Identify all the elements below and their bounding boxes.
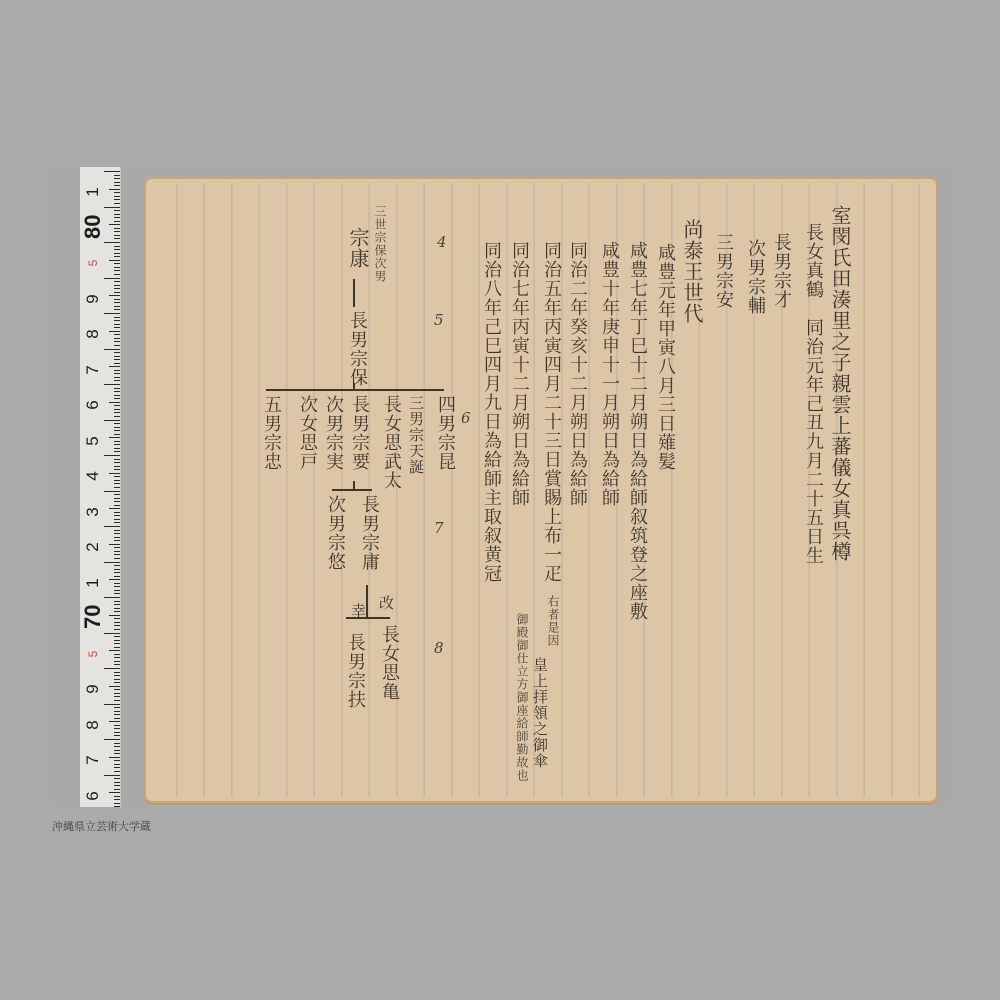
- ruler-tick: [114, 356, 120, 357]
- ruler-label: 5: [84, 430, 102, 452]
- ruler-label: 4: [84, 465, 102, 487]
- ruler-tick: [114, 643, 120, 644]
- ruler-tick: [114, 533, 120, 534]
- ruler-tick: [114, 285, 120, 286]
- genealogy-child: 長男宗要: [346, 395, 372, 471]
- genealogy-son: 長男宗保: [344, 311, 370, 387]
- ruler-label: 7: [84, 359, 102, 381]
- ruler-tick: [114, 444, 120, 445]
- genealogy-child: 次女思戸: [294, 395, 320, 471]
- tree-line: [353, 383, 355, 391]
- ruler-tick: [114, 799, 120, 800]
- ruler-tick: [114, 334, 120, 335]
- ruler-tick: [114, 228, 120, 229]
- ruler-tick: [114, 430, 120, 431]
- ruler-tick: [104, 562, 120, 563]
- ruler-tick: [114, 711, 120, 712]
- ruler-tick: [114, 391, 120, 392]
- ruler-tick: [114, 522, 120, 523]
- ruler-tick: [109, 721, 120, 722]
- ruler-tick: [114, 235, 120, 236]
- ruler-label: 5: [84, 252, 102, 274]
- ruler-tick: [114, 306, 120, 307]
- ruler-tick: [114, 750, 120, 751]
- document-photo: 18059876543217059876 室閔氏田湊里之子親雲上蕃儀女真呉樽 長…: [50, 167, 950, 807]
- tree-line: [266, 389, 444, 391]
- ruler-tick: [114, 462, 120, 463]
- text-column: 長女真鶴 同治元年己丑九月二十五日生: [800, 223, 826, 565]
- tree-line: [332, 489, 372, 491]
- ruler-tick: [104, 491, 120, 492]
- ruler-tick: [114, 341, 120, 342]
- ruler-tick: [114, 448, 120, 449]
- ruler-tick: [104, 739, 120, 740]
- ruler-tick: [114, 657, 120, 658]
- text-column-content: 長女真鶴 同治元年己丑九月二十五日生: [803, 223, 824, 565]
- ruler-tick: [114, 185, 120, 186]
- ruler-tick: [114, 576, 120, 577]
- ruler-tick: [114, 707, 120, 708]
- ruler-tick: [114, 427, 120, 428]
- ruler-tick: [114, 647, 120, 648]
- ruler-tick: [114, 728, 120, 729]
- ruler-tick: [114, 409, 120, 410]
- ruler-tick: [109, 260, 120, 261]
- text-column: 同治二年癸亥十二月朔日為給師: [564, 241, 590, 507]
- ruler-tick: [109, 224, 120, 225]
- ruled-page: 室閔氏田湊里之子親雲上蕃儀女真呉樽 長女真鶴 同治元年己丑九月二十五日生 長男宗…: [150, 183, 932, 797]
- collection-caption: 沖縄県立芸術大学蔵: [52, 818, 151, 834]
- rename-note: 改: [376, 595, 397, 611]
- ruler-tick: [114, 629, 120, 630]
- ruler-tick: [114, 199, 120, 200]
- ruler-tick: [114, 654, 120, 655]
- page-number: 5: [434, 311, 444, 329]
- ruler-tick: [114, 640, 120, 641]
- ruler-label: 2: [84, 536, 102, 558]
- ruler-tick: [114, 459, 120, 460]
- ruler-tick: [114, 586, 120, 587]
- text-column: 同治八年己巳四月九日為給師主取叙黄冠: [478, 241, 504, 583]
- ruler-tick: [114, 292, 120, 293]
- ruler-tick: [114, 253, 120, 254]
- ruler-label: 5: [84, 643, 102, 665]
- ruler-tick: [114, 679, 120, 680]
- ruler-tick: [114, 796, 120, 797]
- ruler-tick: [114, 554, 120, 555]
- ruler-tick: [109, 650, 120, 651]
- ruler-tick: [104, 313, 120, 314]
- genealogy-root: 宗康: [344, 227, 373, 269]
- ruler-tick: [114, 604, 120, 605]
- ruler-tick: [114, 746, 120, 747]
- ruler-tick: [114, 423, 120, 424]
- ruler-tick: [114, 675, 120, 676]
- ruler-tick: [114, 764, 120, 765]
- ruler-tick: [109, 757, 120, 758]
- genealogy-child: 長女思武太: [378, 395, 404, 490]
- ruler-tick: [114, 806, 120, 807]
- ruler-tick: [114, 363, 120, 364]
- ruler-label: 1: [84, 181, 102, 203]
- ruler-tick: [114, 370, 120, 371]
- ruler-tick: [104, 242, 120, 243]
- ruler-tick: [114, 782, 120, 783]
- ruler-tick: [114, 476, 120, 477]
- ruler-tick: [114, 246, 120, 247]
- ruler-tick: [114, 512, 120, 513]
- ruler-label: 8: [84, 323, 102, 345]
- ruler-tick: [104, 455, 120, 456]
- ruler-tick: [114, 281, 120, 282]
- ruler-tick: [114, 373, 120, 374]
- ruler-tick: [114, 267, 120, 268]
- ruler-tick: [109, 579, 120, 580]
- ruler-tick: [114, 324, 120, 325]
- text-column: 次男宗輔: [742, 239, 768, 315]
- ruler-tick: [114, 803, 120, 804]
- ruler-tick: [114, 593, 120, 594]
- note-column: 右者是因: [545, 595, 562, 647]
- ruler-tick: [114, 192, 120, 193]
- page-number: 8: [434, 639, 444, 657]
- ruler-tick: [114, 735, 120, 736]
- ruler-tick: [109, 189, 120, 190]
- ruler-tick: [109, 544, 120, 545]
- ruler-tick: [114, 530, 120, 531]
- ruler-tick: [114, 501, 120, 502]
- note-column: 皇上拝領之御傘: [530, 657, 551, 769]
- ruler-tick: [104, 349, 120, 350]
- ruler-tick: [114, 785, 120, 786]
- ruler-tick: [104, 633, 120, 634]
- ruler-tick: [114, 231, 120, 232]
- text-column: 咸豊元年甲寅八月三日薙髪: [652, 243, 678, 471]
- ruler-tick: [114, 611, 120, 612]
- ruler-tick: [114, 664, 120, 665]
- ruler-label: 9: [84, 678, 102, 700]
- ruler-tick: [114, 572, 120, 573]
- ruler-tick: [114, 608, 120, 609]
- ruler-tick: [114, 256, 120, 257]
- ruler-tick: [109, 402, 120, 403]
- text-column: 同治七年丙寅十二月朔日為給師: [506, 241, 532, 507]
- ruler-tick: [114, 682, 120, 683]
- ruler-tick: [114, 359, 120, 360]
- ruler-tick: [114, 309, 120, 310]
- genealogy-child: 五男宗忠: [258, 395, 284, 471]
- page-number: 7: [434, 519, 444, 537]
- text-column: 同治五年丙寅四月二十三日賞賜上布一疋: [538, 241, 564, 583]
- ruler-tick: [104, 704, 120, 705]
- tree-line: [353, 279, 355, 307]
- ruler-label: 9: [84, 288, 102, 310]
- ruler-label: 7: [84, 749, 102, 771]
- ruler-tick: [114, 441, 120, 442]
- ruler-tick: [114, 771, 120, 772]
- ruler-tick: [109, 437, 120, 438]
- ruler-tick: [109, 366, 120, 367]
- text-column: 咸豊七年丁巳十二月朔日為給師叙筑登之座敷: [624, 241, 650, 621]
- ruler-tick: [109, 473, 120, 474]
- section-heading: 尚泰王世代: [678, 219, 707, 324]
- ruler-tick: [114, 505, 120, 506]
- ruler-tick: [109, 508, 120, 509]
- ruler-tick: [114, 203, 120, 204]
- ruler-tick: [114, 395, 120, 396]
- ruler-tick: [114, 551, 120, 552]
- ruler-tick: [114, 789, 120, 790]
- ruler-tick: [114, 380, 120, 381]
- notebook: 室閔氏田湊里之子親雲上蕃儀女真呉樽 長女真鶴 同治元年己丑九月二十五日生 長男宗…: [144, 177, 938, 803]
- ruler-label: 70: [84, 607, 102, 629]
- ruler-tick: [114, 217, 120, 218]
- ruler-tick: [114, 689, 120, 690]
- genealogy-child: 四男宗昆: [432, 395, 458, 471]
- ruler-tick: [114, 498, 120, 499]
- ruler-tick: [114, 732, 120, 733]
- ruler-tick: [114, 661, 120, 662]
- ruler-tick: [114, 466, 120, 467]
- ruler-tick: [114, 718, 120, 719]
- genealogy-great-grandchild: 長女思亀: [376, 625, 402, 701]
- ruler-tick: [114, 700, 120, 701]
- ruler-tick: [114, 622, 120, 623]
- ruler-tick: [114, 302, 120, 303]
- ruler-tick: [114, 618, 120, 619]
- ruler-tick: [114, 693, 120, 694]
- ruler-tick: [114, 480, 120, 481]
- ruler-tick: [104, 597, 120, 598]
- ruler-tick: [114, 451, 120, 452]
- ruler-tick: [114, 558, 120, 559]
- ruler-tick: [114, 377, 120, 378]
- ruler-label: 6: [84, 394, 102, 416]
- ruler-tick: [114, 182, 120, 183]
- ruler-tick: [114, 178, 120, 179]
- tree-line: [366, 585, 368, 619]
- ruler-tick: [114, 388, 120, 389]
- ruler-tick: [114, 725, 120, 726]
- ruler-tick: [114, 540, 120, 541]
- ruler-tick: [114, 288, 120, 289]
- ruler-tick: [114, 537, 120, 538]
- ruler-tick: [114, 299, 120, 300]
- ruler-tick: [114, 469, 120, 470]
- genealogy-child: 次男宗実: [320, 395, 346, 471]
- ruler-tick: [109, 331, 120, 332]
- ruler-tick: [114, 714, 120, 715]
- genealogy-great-grandchild: 長男宗扶: [342, 633, 368, 709]
- ruler-tick: [114, 601, 120, 602]
- page-number: 4: [437, 233, 447, 251]
- ruler-tick: [114, 483, 120, 484]
- ruler-tick: [114, 412, 120, 413]
- tree-line: [346, 617, 390, 619]
- ruler-tick: [114, 565, 120, 566]
- ruler-tick: [114, 405, 120, 406]
- ruler-tick: [109, 686, 120, 687]
- ruler-tick: [114, 515, 120, 516]
- ruler-tick: [114, 487, 120, 488]
- ruler-tick: [114, 274, 120, 275]
- ruler-tick: [104, 171, 120, 172]
- ruler-tick: [114, 696, 120, 697]
- ruler-tick: [114, 743, 120, 744]
- genealogy-grandchild: 長男宗庸: [356, 495, 382, 571]
- ruler-tick: [114, 416, 120, 417]
- ruler-tick: [114, 583, 120, 584]
- ruler-tick: [109, 615, 120, 616]
- measuring-ruler: 18059876543217059876: [80, 167, 121, 807]
- text-column: 咸豊十年庚申十一月朔日為給師: [596, 241, 622, 507]
- ruler-label: 1: [84, 572, 102, 594]
- ruler-tick: [114, 778, 120, 779]
- ruler-tick: [104, 278, 120, 279]
- ruler-tick: [114, 352, 120, 353]
- ruler-tick: [114, 625, 120, 626]
- ruler-tick: [114, 494, 120, 495]
- ruler-tick: [104, 668, 120, 669]
- ruler-label: 6: [84, 785, 102, 807]
- ruler-tick: [114, 672, 120, 673]
- ruler-tick: [114, 338, 120, 339]
- genealogy-grandchild: 次男宗悠: [322, 495, 348, 571]
- ruler-tick: [114, 221, 120, 222]
- ruler-tick: [109, 295, 120, 296]
- text-column: 室閔氏田湊里之子親雲上蕃儀女真呉樽: [826, 205, 855, 562]
- ruler-label: 3: [84, 501, 102, 523]
- ruler-tick: [114, 753, 120, 754]
- ruler-tick: [114, 434, 120, 435]
- ruler-tick: [114, 547, 120, 548]
- ruler-tick: [104, 384, 120, 385]
- ruler-tick: [114, 345, 120, 346]
- ruler-tick: [104, 775, 120, 776]
- ruler-label: 80: [84, 217, 102, 239]
- ruler-tick: [114, 767, 120, 768]
- ruler-tick: [114, 263, 120, 264]
- ruler-tick: [114, 249, 120, 250]
- ruler-tick: [114, 270, 120, 271]
- ruler-tick: [114, 320, 120, 321]
- text-column: 長男宗才: [768, 233, 794, 309]
- ruler-tick: [114, 327, 120, 328]
- ruler-tick: [104, 420, 120, 421]
- ruler-tick: [109, 792, 120, 793]
- ruler-tick: [114, 590, 120, 591]
- ruler-label: 8: [84, 714, 102, 736]
- text-column: 三男宗安: [710, 233, 736, 309]
- ruler-tick: [114, 569, 120, 570]
- genealogy-child: 三男宗天誕: [406, 395, 427, 475]
- ruler-tick: [114, 214, 120, 215]
- ruler-tick: [114, 636, 120, 637]
- ruler-tick: [114, 238, 120, 239]
- ruler-tick: [114, 398, 120, 399]
- ruler-tick: [114, 196, 120, 197]
- genealogy-header: 三世宗保次男: [372, 205, 389, 283]
- page-number: 6: [461, 409, 471, 427]
- note-column: 御殿御仕立方御座給師勤故也: [514, 613, 531, 782]
- ruler-tick: [114, 760, 120, 761]
- ruler-tick: [114, 210, 120, 211]
- ruler-tick: [114, 519, 120, 520]
- ruler-tick: [114, 175, 120, 176]
- ruler-tick: [104, 207, 120, 208]
- ruler-tick: [104, 526, 120, 527]
- ruler-tick: [114, 317, 120, 318]
